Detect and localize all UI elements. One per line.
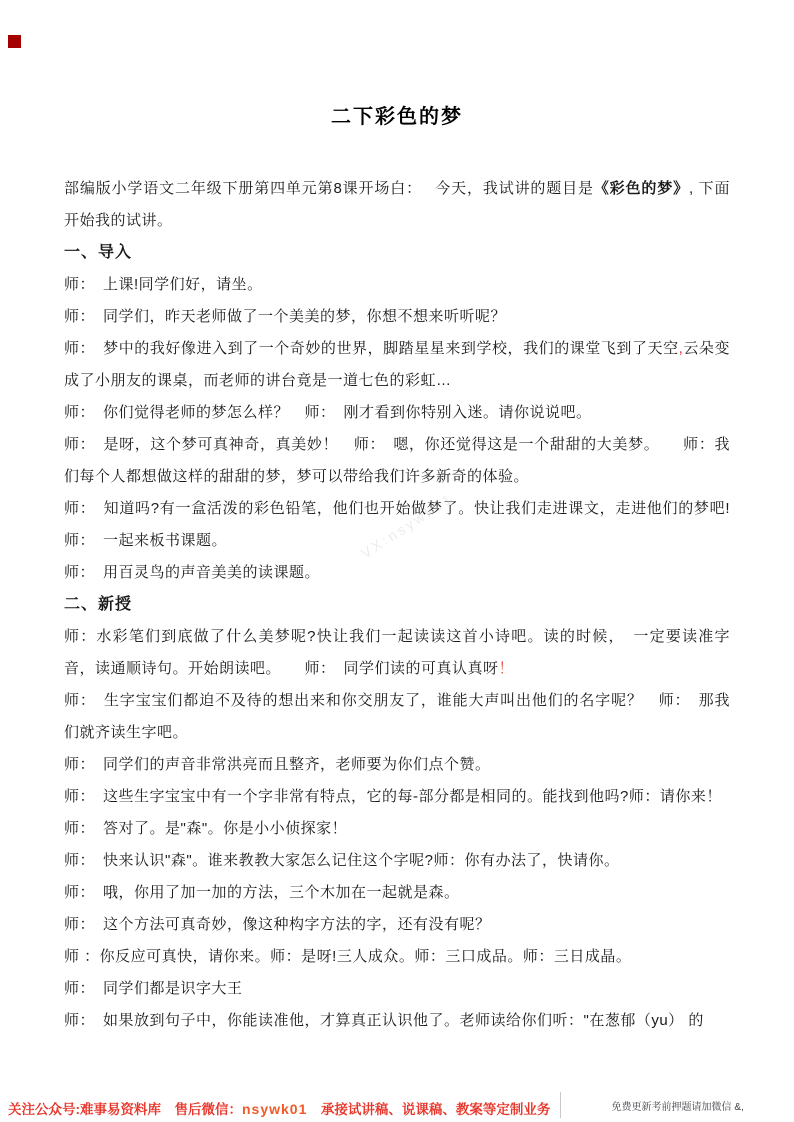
paragraph: 师： 同学们都是识字大王: [64, 973, 730, 1005]
text-segment: 师 ：你反应可真快，请你来。师：是呀!三人成众。师：三口成品。师：三日成晶。: [64, 948, 631, 965]
paragraph: 师： 生字宝宝们都迫不及待的想出来和你交朋友了，谁能大声叫出他们的名字呢？ 师：…: [64, 685, 730, 749]
text-segment: 师： 上课!同学们好，请坐。: [64, 276, 263, 293]
text-segment: 师： 快来认识"森"。谁来教教大家怎么记住这个字呢?师：你有办法了，快请你。: [64, 852, 620, 869]
paragraph: 师： 同学们的声音非常洪亮而且整齐，老师要为你们点个赞。: [64, 749, 730, 781]
text-segment: 一、导入: [64, 244, 132, 261]
paragraph: 师： 知道吗?有一盒活泼的彩色铅笔，他们也开始做梦了。快让我们走进课文，走进他们…: [64, 493, 730, 557]
footer-promo-prefix: 关注公众号:难事易资料库 售后微信：: [8, 1102, 242, 1117]
text-segment: 师： 这些生字宝宝中有一个字非常有特点，它的每-部分都是相同的。能找到他吗?师：…: [64, 788, 722, 805]
text-segment: 师： 同学们，昨天老师做了一个美美的梦，你想不想来听听呢？: [64, 308, 506, 325]
text-segment: 师：水彩笔们到底做了什么美梦呢?快让我们一起读读这首小诗吧。读的时候， 一定要读…: [64, 628, 730, 677]
paragraph: 师： 这些生字宝宝中有一个字非常有特点，它的每-部分都是相同的。能找到他吗?师：…: [64, 781, 730, 813]
paragraph: 部编版小学语文二年级下册第四单元第8课开场白： 今天，我试讲的题目是《彩色的梦》…: [64, 173, 730, 237]
footer-promo: 关注公众号:难事易资料库 售后微信：nsywk01 承接试讲稿、说课稿、教案等定…: [0, 1098, 550, 1118]
text-segment: 二、新授: [64, 596, 132, 613]
text-segment: 师： 是呀，这个梦可真神奇，真美妙！ 师： 嗯，你还觉得这是一个甜甜的大美梦。 …: [64, 436, 730, 485]
paragraph: 师： 是呀，这个梦可真神奇，真美妙！ 师： 嗯，你还觉得这是一个甜甜的大美梦。 …: [64, 429, 730, 493]
paragraph: 师： 用百灵鸟的声音美美的读课题。: [64, 557, 730, 589]
paragraph: 师： 如果放到句子中，你能读准他，才算真正认识他了。老师读给你们听："在葱郁（y…: [64, 1005, 730, 1037]
footer-wechat-id: nsywk01: [242, 1101, 307, 1117]
paragraph: 师： 上课!同学们好，请坐。: [64, 269, 730, 301]
text-segment: 师： 同学们的声音非常洪亮而且整齐，老师要为你们点个赞。: [64, 756, 491, 773]
paragraph: 师： 这个方法可真奇妙，像这种构字方法的字，还有没有呢？: [64, 909, 730, 941]
section-heading: 二、新授: [64, 589, 730, 621]
paragraph: 师： 同学们，昨天老师做了一个美美的梦，你想不想来听听呢？: [64, 301, 730, 333]
paragraph: 师 ：你反应可真快，请你来。师：是呀!三人成众。师：三口成品。师：三日成晶。: [64, 941, 730, 973]
text-segment: 师： 知道吗?有一盒活泼的彩色铅笔，他们也开始做梦了。快让我们走进课文，走进他们…: [64, 500, 730, 549]
text-segment: 师： 这个方法可真奇妙，像这种构字方法的字，还有没有呢？: [64, 916, 491, 933]
text-segment: 师： 同学们都是识字大王: [64, 980, 243, 997]
document-page: 二下彩色的梦 部编版小学语文二年级下册第四单元第8课开场白： 今天，我试讲的题目…: [0, 0, 794, 1122]
footer-side-note: 免费更新考前押题请加微信 &,: [561, 1098, 794, 1118]
text-segment: 师： 哦，你用了加一加的方法，三个木加在一起就是森。: [64, 884, 460, 901]
section-heading: 一、导入: [64, 237, 730, 269]
text-segment: 师： 用百灵鸟的声音美美的读课题。: [64, 564, 320, 581]
text-segment: 师： 梦中的我好像进入到了一个奇妙的世界，脚踏星星来到学校，我们的课堂飞到了天空: [64, 340, 679, 357]
document-body: 部编版小学语文二年级下册第四单元第8课开场白： 今天，我试讲的题目是《彩色的梦》…: [0, 173, 794, 1037]
paragraph: 师： 哦，你用了加一加的方法，三个木加在一起就是森。: [64, 877, 730, 909]
text-segment: 师： 如果放到句子中，你能读准他，才算真正认识他了。老师读给你们听："在葱郁（y…: [64, 1012, 704, 1029]
page-title: 二下彩色的梦: [0, 100, 794, 129]
text-segment: 师： 答对了。是"森"。你是小小侦探家！: [64, 820, 347, 837]
paragraph: 师： 你们觉得老师的梦怎么样？ 师： 刚才看到你特别入迷。请你说说吧。: [64, 397, 730, 429]
paragraph: 师： 快来认识"森"。谁来教教大家怎么记住这个字呢?师：你有办法了，快请你。: [64, 845, 730, 877]
paragraph: 师： 答对了。是"森"。你是小小侦探家！: [64, 813, 730, 845]
paragraph: 师： 梦中的我好像进入到了一个奇妙的世界，脚踏星星来到学校，我们的课堂飞到了天空…: [64, 333, 730, 397]
footer-promo-suffix: 承接试讲稿、说课稿、教案等定制业务: [307, 1102, 550, 1117]
text-segment: 师： 生字宝宝们都迫不及待的想出来和你交朋友了，谁能大声叫出他们的名字呢？ 师：…: [64, 692, 730, 741]
footer: 关注公众号:难事易资料库 售后微信：nsywk01 承接试讲稿、说课稿、教案等定…: [0, 1092, 794, 1118]
paragraph: 师：水彩笔们到底做了什么美梦呢?快让我们一起读读这首小诗吧。读的时候， 一定要读…: [64, 621, 730, 685]
text-segment: 《彩色的梦》: [594, 180, 689, 197]
text-segment: 部编版小学语文二年级下册第四单元第8课开场白： 今天，我试讲的题目是: [64, 180, 594, 197]
text-segment: 师： 你们觉得老师的梦怎么样？ 师： 刚才看到你特别入迷。请你说说吧。: [64, 404, 592, 421]
text-segment: ！: [499, 660, 515, 677]
corner-mark: [8, 35, 21, 48]
